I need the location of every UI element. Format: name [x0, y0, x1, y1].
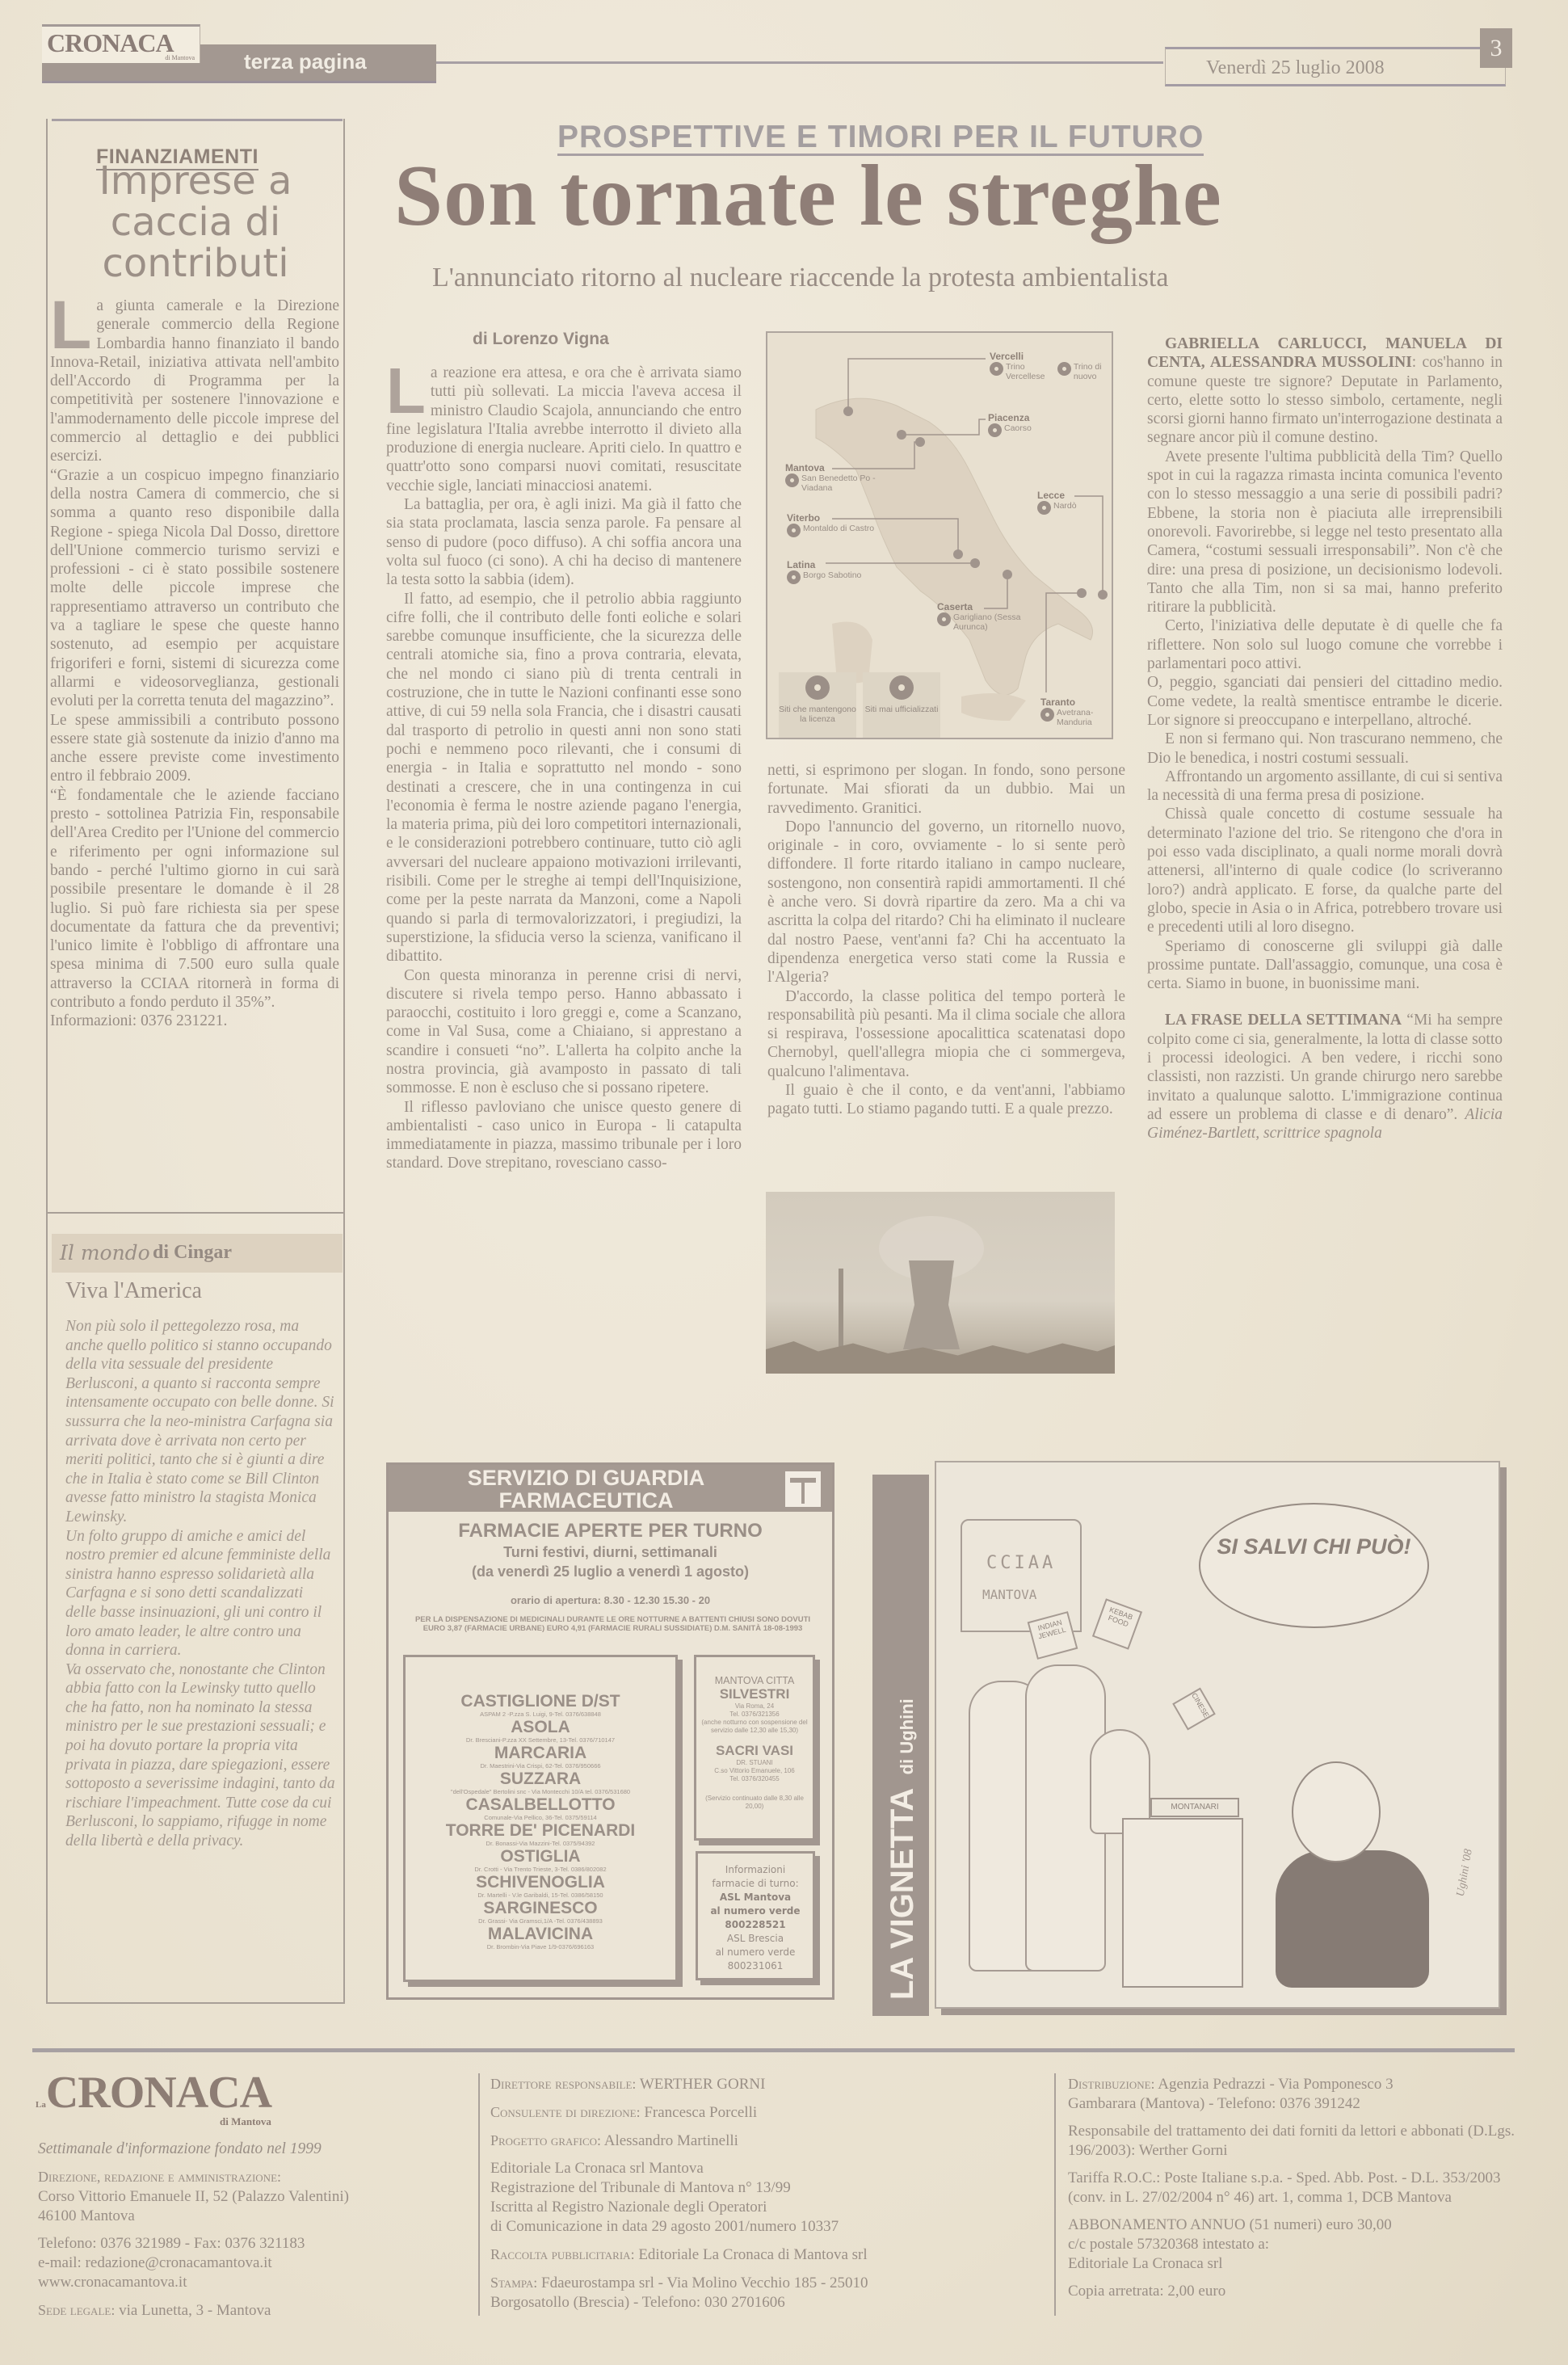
paragraph: Dopo l'annuncio del governo, un ritornel…: [767, 818, 1125, 987]
nuclear-plant-photo: [766, 1192, 1115, 1374]
paragraph: Chissà quale concetto di costume sessual…: [1147, 805, 1503, 936]
speech-bubble: SI SALVI CHI PUÒ!: [1199, 1503, 1429, 1628]
list-item: TORRE DE' PICENARDIDr. Bonassi-Via Mazzi…: [406, 1822, 675, 1847]
article-body: La giunta camerale e la Direzione genera…: [50, 297, 339, 1031]
legend-licensed: Siti che mantengono la licenza: [779, 672, 856, 739]
radiation-icon: [990, 362, 1003, 376]
map-label-lecce: Lecce Nardò: [1037, 490, 1077, 515]
logo-text: CRONACA: [47, 28, 174, 58]
paragraph: Con questa minoranza in perenne crisi di…: [386, 966, 742, 1098]
nameplate: MONTANARI: [1150, 1798, 1239, 1817]
legend-unofficial: Siti mai ufficializzati: [863, 672, 940, 739]
issue-date: Venerdì 25 luglio 2008: [1206, 57, 1385, 79]
opening-hours: orario di apertura: 8.30 - 12.30 15.30 -…: [389, 1594, 832, 1606]
pharmacy-ad: SERVIZIO DI GUARDIA FARMACEUTICA FARMACI…: [386, 1462, 834, 2000]
list-item: SARGINESCODr. Grassi- Via Gramsci,1/A -T…: [406, 1900, 675, 1925]
logo-subtitle: di Mantova: [165, 54, 195, 61]
column-body: Non più solo il pettegolezzo rosa, ma an…: [65, 1317, 336, 1851]
paper-cinese: CINESE: [1172, 1688, 1216, 1731]
map-label-viterbo: Viterbo Montaldo di Castro: [787, 512, 874, 537]
nuclear-sites-map: Vercelli Trino Vercellese Trino di nuovo…: [766, 331, 1113, 739]
paragraph: Il fatto, ad esempio, che il petrolio ab…: [386, 590, 742, 966]
figure-official: [1276, 1850, 1429, 1988]
cingar-column: Il mondo di Cingar Viva l'America Non pi…: [46, 1212, 345, 2004]
paragraph: Affrontando un argomento assillante, di …: [1147, 768, 1503, 806]
radiation-icon: [988, 423, 1002, 437]
website-link[interactable]: www.cronacamantova.it: [38, 2274, 187, 2291]
official-head: [1292, 1761, 1381, 1862]
paragraph: Va osservato che, nonostante che Clinton…: [65, 1660, 336, 1851]
pharmacy-title: FARMACIE APERTE PER TURNO: [389, 1520, 832, 1542]
footer-logo: LaCRONACA: [36, 2067, 271, 2119]
map-label-mantova: Mantova San Benedetto Po - Viadana: [785, 462, 906, 493]
column-author: di Cingar: [153, 1242, 232, 1264]
divider: [478, 2073, 480, 2316]
paragraph: Il guaio è che il conto, e da vent'anni,…: [767, 1081, 1125, 1119]
list-item: MARCARIADr. Maestrini-Via Crispi, 62-Tel…: [406, 1744, 675, 1770]
caduceus-icon: [785, 1471, 821, 1507]
byline: di Lorenzo Vigna: [473, 330, 609, 349]
column-header: Il mondo di Cingar: [52, 1234, 343, 1273]
pharmacy-period: (da venerdì 25 luglio a venerdì 1 agosto…: [389, 1563, 832, 1580]
list-item: CASTIGLIONE D/STASPAM 2 -P.zza S. Luigi,…: [406, 1693, 675, 1718]
radiation-icon: [805, 675, 830, 700]
paragraph: Informazioni: 0376 231221.: [50, 1012, 339, 1030]
masthead-logo: CRONACA di Mantova: [42, 24, 200, 63]
dropcap: L: [50, 298, 91, 351]
map-label-piacenza: Piacenza Caorso: [988, 412, 1032, 437]
paragraph: Avete presente l'ultima pubblicità della…: [1147, 448, 1503, 617]
article-title: Imprese a caccia di contributi: [48, 161, 343, 284]
footer-distribution: Distribuzione: Agenzia Pedrazzi - Via Po…: [1068, 2074, 1520, 2309]
tagline: Settimanale d'informazione fondato nel 1…: [38, 2140, 458, 2159]
date-box: Venerdì 25 luglio 2008: [1165, 47, 1506, 86]
quote-of-week-label: LA FRASE DELLA SETTIMANA: [1165, 1012, 1402, 1029]
chimney: [839, 1269, 843, 1349]
night-fee-notice: PER LA DISPENSAZIONE DI MEDICINALI DURAN…: [405, 1615, 821, 1633]
radiation-icon: [1040, 708, 1054, 722]
list-item: SCHIVENOGLIADr. Martelli - V.le Garibald…: [406, 1874, 675, 1899]
dropcap: L: [386, 365, 426, 417]
paragraph: a giunta camerale e la Direzione general…: [50, 297, 339, 465]
section-label: terza pagina: [244, 49, 367, 74]
mantova-city-pharmacies: MANTOVA CITTA SILVESTRI Via Roma, 24 Tel…: [694, 1655, 815, 1841]
cartoon-title: LA VIGNETTA: [885, 1788, 920, 2000]
column-title: Viva l'America: [65, 1278, 202, 1304]
map-label-latina: Latina Borgo Sabotino: [787, 559, 861, 584]
list-item: OSTIGLIADr. Crotti - Via Trento Trieste,…: [406, 1848, 675, 1873]
radiation-icon: [787, 524, 801, 537]
paragraph: Le spese ammissibili a contributo posson…: [50, 711, 339, 786]
subheadline: L'annunciato ritorno al nucleare riaccen…: [432, 263, 1168, 293]
page-number: 3: [1480, 28, 1512, 68]
pharmacy-list: CASTIGLIONE D/STASPAM 2 -P.zza S. Luigi,…: [403, 1655, 678, 1982]
cartoon-band: LA VIGNETTA di Ughini: [872, 1475, 929, 2016]
header-rule: [436, 61, 1163, 64]
map-label-caserta: Caserta Garigliano (Sessa Aurunca): [937, 601, 1042, 632]
paragraph: Il riflesso pavloviano che unisce questo…: [386, 1098, 742, 1173]
cooling-tower: [903, 1260, 960, 1349]
list-item: SUZZARA"dell'Ospedale" Bertolini snc - V…: [406, 1770, 675, 1795]
radiation-icon: [785, 473, 799, 487]
paragraph: a reazione era attesa, e ora che è arriv…: [386, 364, 742, 494]
list-item: ASOLADr. Bresciani-P.zza XX Settembre, 1…: [406, 1719, 675, 1744]
list-item: MALAVICINADr. Brombin-Via Piave 1/9-0376…: [406, 1925, 675, 1950]
opinion-column: GABRIELLA CARLUCCI, MANUELA DI CENTA, AL…: [1147, 335, 1503, 1143]
paragraph: O, peggio, sganciati dai pensieri del ci…: [1147, 673, 1503, 730]
paragraph: D'accordo, la classe politica del tempo …: [767, 987, 1125, 1081]
funding-article: FINANZIAMENTI Imprese a caccia di contri…: [46, 119, 345, 1218]
paragraph: Non più solo il pettegolezzo rosa, ma an…: [65, 1317, 336, 1527]
podium: [1122, 1818, 1243, 1988]
map-label-vercelli: Vercelli Trino Vercellese Trino di nuovo: [990, 351, 1112, 381]
radiation-icon: [1057, 362, 1071, 376]
footer-rule: [32, 2048, 1515, 2052]
divider: [52, 119, 343, 121]
pharmacy-header: SERVIZIO DI GUARDIA FARMACEUTICA: [389, 1465, 832, 1512]
list-item: CASALBELLOTTOComunale-Via Pellico, 36-Te…: [406, 1796, 675, 1821]
radiation-icon: [1037, 501, 1051, 515]
paragraph: “È fondamentale che le aziende facciano …: [50, 786, 339, 1012]
map-label-taranto: Taranto Avetrana-Manduria: [1040, 696, 1105, 727]
paper-kebab: KEBAB FOOD: [1092, 1598, 1142, 1649]
paragraph: Speriamo di conoscerne gli sviluppi già …: [1147, 937, 1503, 994]
divider: [1054, 2073, 1056, 2316]
radiation-icon: [937, 612, 951, 626]
pharmacy-info-box: Informazioni farmacie di turno: ASL Mant…: [696, 1851, 815, 1980]
headline: Son tornate le streghe: [394, 152, 1222, 241]
email-link[interactable]: e-mail: redazione@cronacamantova.it: [38, 2254, 272, 2271]
paragraph: La battaglia, per ora, è agli inizi. Ma …: [386, 495, 742, 589]
main-article-column-1: La reazione era attesa, e ora che è arri…: [386, 364, 742, 1173]
pharmacy-subtitle: Turni festivi, diurni, settimanali: [389, 1544, 832, 1561]
radiation-icon: [889, 675, 914, 700]
main-article-column-2: netti, si esprimono per slogan. In fondo…: [767, 761, 1125, 1119]
paragraph: Un folto gruppo di amiche e amici del no…: [65, 1527, 336, 1660]
footer-logo-sub: di Mantova: [220, 2115, 271, 2128]
paragraph: Certo, l'iniziativa delle deputate è di …: [1147, 616, 1503, 673]
column-name: Il mondo: [60, 1241, 150, 1265]
paragraph: netti, si esprimono per slogan. In fondo…: [767, 761, 1125, 818]
radiation-icon: [787, 570, 801, 584]
paragraph: E non si fermano qui. Non trascurano nem…: [1147, 730, 1503, 768]
artist-signature: Ughini '08: [1455, 1848, 1476, 1897]
paragraph: “Grazie a un cospicuo impegno finanziari…: [50, 466, 339, 711]
cartoon: CCIAA MANTOVA SI SALVI CHI PUÒ! INDIAN J…: [935, 1461, 1500, 2009]
cartoon-author: di Ughini: [897, 1698, 917, 1774]
footer-contacts: Settimanale d'informazione fondato nel 1…: [38, 2140, 458, 2329]
footer-staff: Direttore responsabile: WERTHER GORNI Co…: [490, 2074, 975, 2321]
